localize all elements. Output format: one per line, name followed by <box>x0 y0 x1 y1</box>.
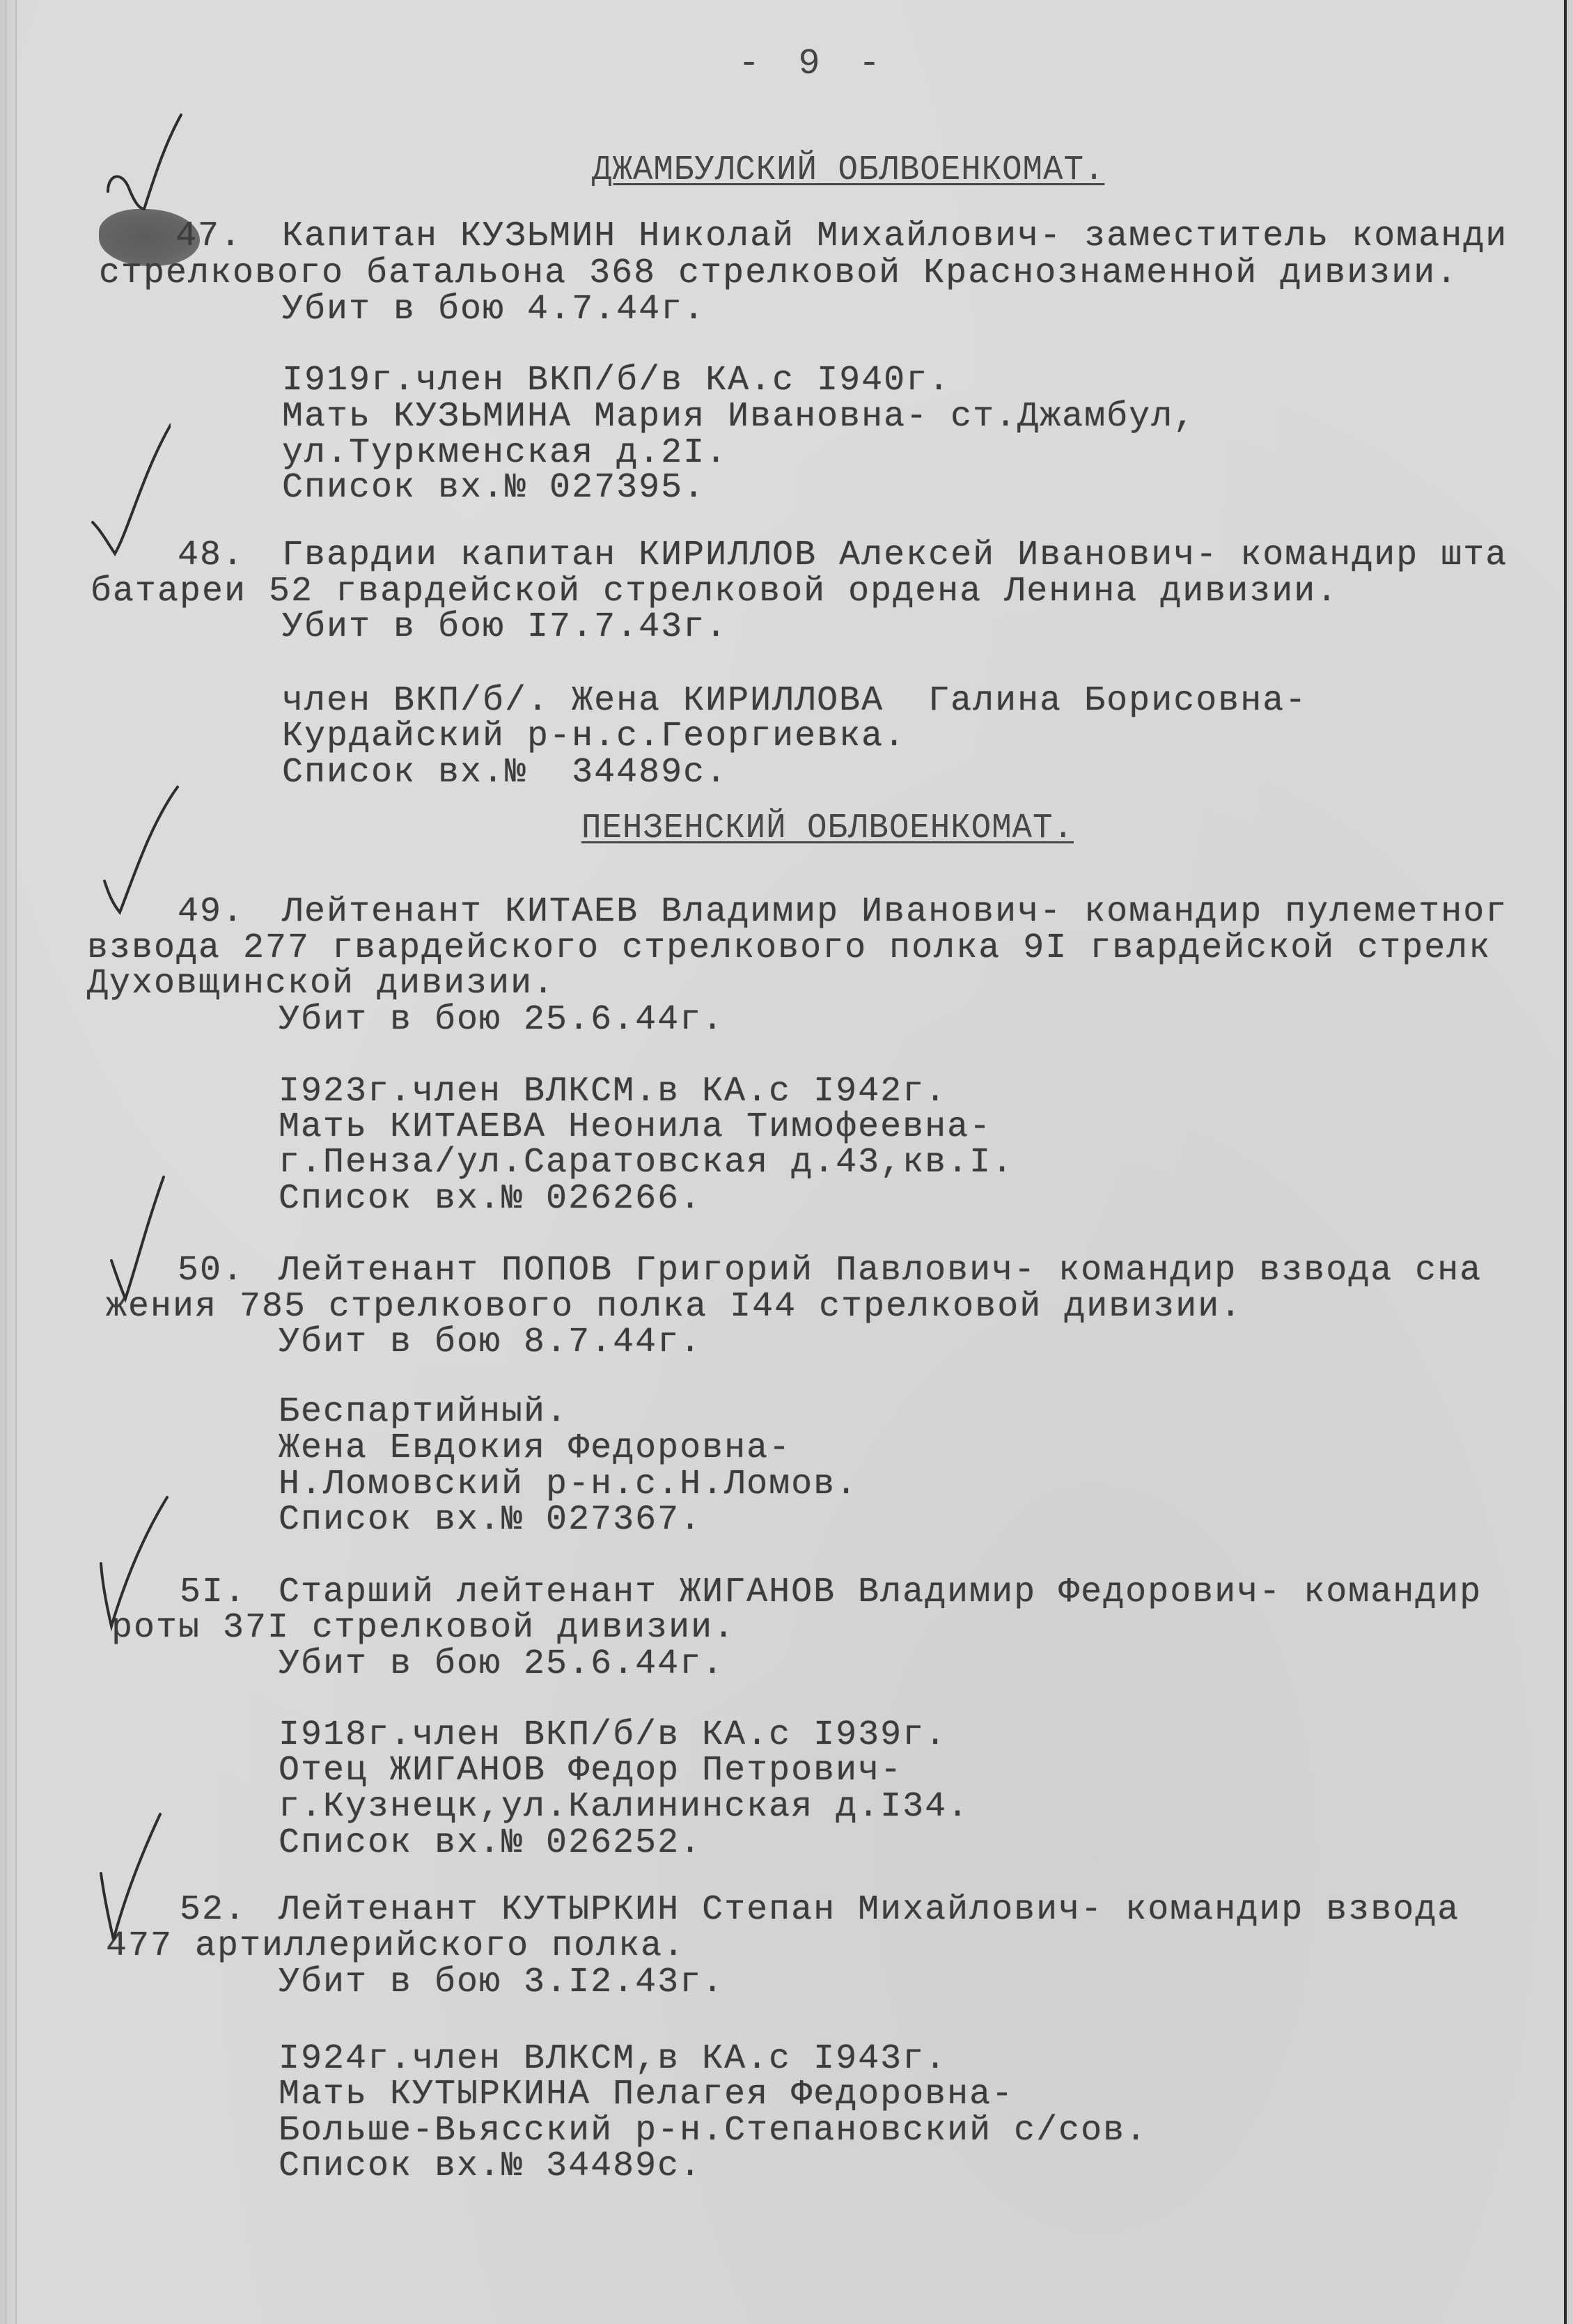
entry-list-number: Список вх.№ 026252. <box>279 1826 702 1861</box>
entry-killed-date: Убит в бою 25.6.44г. <box>279 1647 724 1682</box>
checkmark-icon <box>94 1804 178 1957</box>
entry-line: Лейтенант ПОПОВ Григорий Павлович- коман… <box>279 1254 1482 1288</box>
entry-line: роты 37I стрелковой дивизии. <box>111 1611 735 1646</box>
entry-line: Гвардии капитан КИРИЛЛОВ Алексей Иванови… <box>282 538 1508 573</box>
entry-number: 47. <box>175 219 242 254</box>
section-heading-dzhambul: ДЖАМБУЛСКИЙ ОБЛВОЕНКОМАТ. <box>592 153 1104 188</box>
page-number: - 9 - <box>738 43 889 84</box>
entry-line: Лейтенант КИТАЕВ Владимир Иванович- кома… <box>282 895 1508 930</box>
entry-killed-date: Убит в бою 3.I2.43г. <box>279 1965 724 2000</box>
section-heading-penza: ПЕНЗЕНСКИЙ ОБЛВОЕНКОМАТ. <box>581 811 1074 846</box>
entry-detail: I923г.член ВЛКСМ.в КА.с I942г. <box>279 1075 947 1109</box>
entry-detail: I924г.член ВЛКСМ,в КА.с I943г. <box>279 2042 947 2077</box>
entry-detail: г.Кузнецк,ул.Калининская д.I34. <box>279 1790 969 1825</box>
entry-detail: Мать КУТЫРКИНА Пелагея Федоровна- <box>279 2077 1014 2112</box>
checkmark-icon <box>101 111 185 265</box>
entry-detail: Мать КУЗЬМИНА Мария Ивановна- ст.Джамбул… <box>282 400 1196 435</box>
entry-list-number: Список вх.№ 34489с. <box>279 2149 702 2184</box>
entry-line: Лейтенант КУТЫРКИН Степан Михайлович- ко… <box>279 1893 1459 1928</box>
entry-detail: I918г.член ВКП/б/в КА.с I939г. <box>279 1718 947 1753</box>
entry-line: стрелкового батальона 368 стрелковой Кра… <box>99 256 1458 291</box>
entry-list-number: Список вх.№ 34489с. <box>282 756 728 790</box>
entry-line: 477 артиллерийского полка. <box>106 1929 685 1964</box>
entry-line: Капитан КУЗЬМИН Николай Михайлович- заме… <box>282 219 1508 254</box>
entry-number: 48. <box>178 538 244 573</box>
document-page: - 9 - ДЖАМБУЛСКИЙ ОБЛВОЕНКОМАТ. 47. Капи… <box>0 0 1565 2324</box>
entry-list-number: Список вх.№ 026266. <box>279 1182 702 1217</box>
entry-detail: Н.Ломовский р-н.с.Н.Ломов. <box>279 1467 858 1502</box>
entry-detail: Мать КИТАЕВА Неонила Тимофеевна- <box>279 1110 992 1145</box>
entry-killed-date: Убит в бою 25.6.44г. <box>279 1003 724 1038</box>
scan-background-strip <box>1567 0 1573 2324</box>
entry-number: 5I. <box>180 1575 246 1610</box>
entry-detail: член ВКП/б/. Жена КИРИЛЛОВА Галина Борис… <box>282 684 1307 719</box>
entry-line: взвода 277 гвардейского стрелкового полк… <box>87 931 1491 966</box>
entry-detail: Курдайский р-н.с.Георгиевка. <box>282 719 906 754</box>
entry-line: батареи 52 гвардейской стрелковой ордена… <box>91 575 1338 609</box>
entry-detail: ул.Туркменская д.2I. <box>282 436 728 471</box>
checkmark-icon <box>87 418 171 571</box>
entry-detail: Больше-Вьясский р-н.Степановский с/сов. <box>279 2114 1148 2148</box>
entry-line: жения 785 стрелкового полка I44 стрелков… <box>106 1290 1242 1325</box>
checkmark-icon <box>94 1487 178 1640</box>
entry-killed-date: Убит в бою 8.7.44г. <box>279 1325 702 1360</box>
entry-killed-date: Убит в бою I7.7.43г. <box>282 610 728 645</box>
entry-list-number: Список вх.№ 027367. <box>279 1503 702 1538</box>
entry-detail: Жена Евдокия Федоровна- <box>279 1431 791 1466</box>
entry-line: Старший лейтенант ЖИГАНОВ Владимир Федор… <box>279 1575 1482 1610</box>
entry-number: 49. <box>178 895 244 930</box>
checkmark-icon <box>97 777 181 930</box>
entry-detail: Беспартийный. <box>279 1395 568 1430</box>
entry-detail: Отец ЖИГАНОВ Федор Петрович- <box>279 1754 902 1788</box>
entry-killed-date: Убит в бою 4.7.44г. <box>282 293 705 327</box>
entry-detail: I919г.член ВКП/б/в КА.с I940г. <box>282 364 950 398</box>
entry-detail: г.Пенза/ул.Саратовская д.43,кв.I. <box>279 1146 1014 1180</box>
entry-line: Духовщинской дивизии. <box>87 967 555 1001</box>
entry-number: 52. <box>180 1893 246 1928</box>
entry-list-number: Список вх.№ 027395. <box>282 471 705 506</box>
page-left-binding-edge <box>0 0 17 2324</box>
checkmark-icon <box>104 1163 188 1316</box>
